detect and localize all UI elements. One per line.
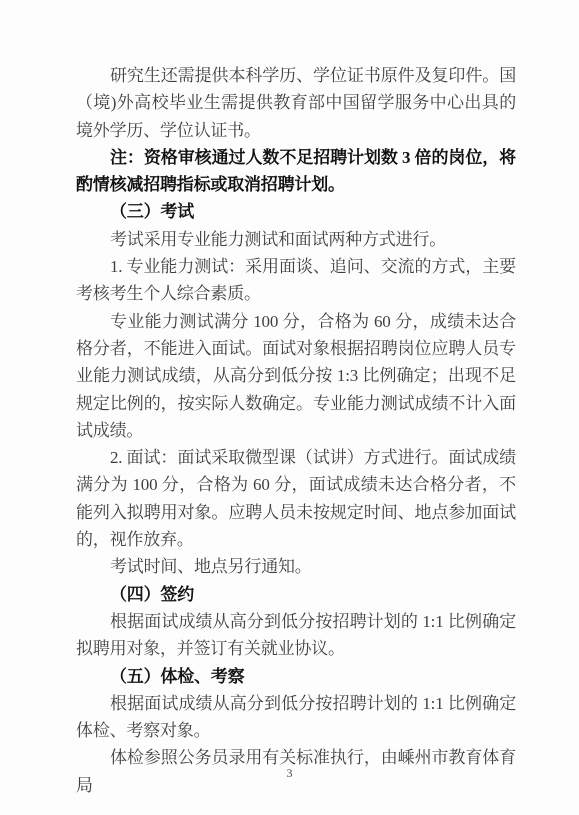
body-paragraph: 专业能力测试满分 100 分，合格为 60 分，成绩未达合格分者，不能进入面试。… bbox=[76, 308, 516, 444]
body-paragraph: 考试时间、地点另行通知。 bbox=[76, 553, 516, 580]
body-paragraph: 考试采用专业能力测试和面试两种方式进行。 bbox=[76, 226, 516, 253]
section-heading: （三）考试 bbox=[76, 198, 516, 225]
note-paragraph: 注：资格审核通过人数不足招聘计划数 3 倍的岗位，将酌情核减招聘指标或取消招聘计… bbox=[76, 144, 516, 199]
body-paragraph: 研究生还需提供本科学历、学位证书原件及复印件。国（境)外高校毕业生需提供教育部中… bbox=[76, 62, 516, 144]
document-page: 研究生还需提供本科学历、学位证书原件及复印件。国（境)外高校毕业生需提供教育部中… bbox=[0, 0, 579, 815]
section-heading: （四）签约 bbox=[76, 581, 516, 608]
body-paragraph: 根据面试成绩从高分到低分按招聘计划的 1:1 比例确定体检、考察对象。 bbox=[76, 690, 516, 745]
document-body: 研究生还需提供本科学历、学位证书原件及复印件。国（境)外高校毕业生需提供教育部中… bbox=[76, 62, 516, 799]
section-heading: （五）体检、考察 bbox=[76, 663, 516, 690]
body-paragraph: 1. 专业能力测试：采用面谈、追问、交流的方式，主要考核考生个人综合素质。 bbox=[76, 253, 516, 308]
body-paragraph: 根据面试成绩从高分到低分按招聘计划的 1:1 比例确定拟聘用对象，并签订有关就业… bbox=[76, 608, 516, 663]
body-paragraph: 2. 面试：面试采取微型课（试讲）方式进行。面试成绩满分为 100 分，合格为 … bbox=[76, 444, 516, 553]
page-number: 3 bbox=[0, 766, 579, 781]
